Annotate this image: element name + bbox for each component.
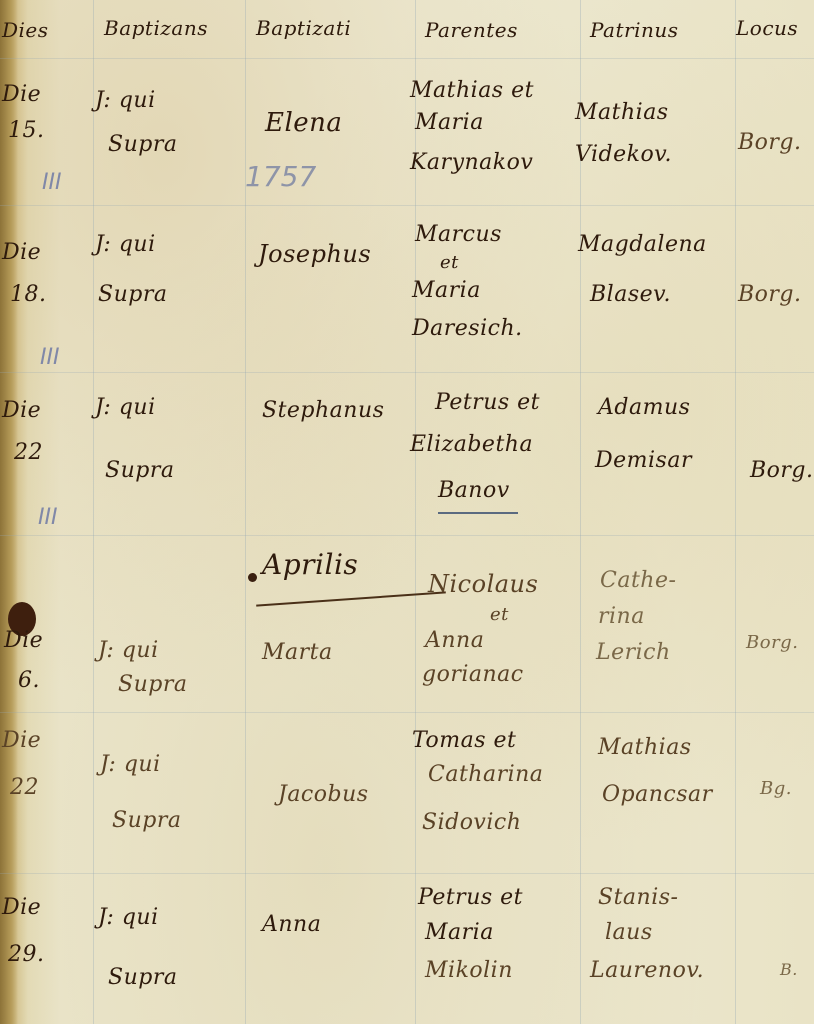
header-patrinus: Patrinus <box>590 18 679 42</box>
day-number: 6. <box>18 668 40 693</box>
grid-line <box>735 0 736 1024</box>
parentes-line: Catharina <box>428 762 543 787</box>
baptizatus-name: Jacobus <box>278 782 369 807</box>
pencil-year-annotation: 1757 <box>245 160 316 193</box>
header-locus: Locus <box>736 16 798 40</box>
grid-line <box>93 0 94 1024</box>
grid-line <box>0 372 814 373</box>
baptizatus-name: Marta <box>262 640 333 665</box>
parentes-line: Sidovich <box>422 810 521 835</box>
day-label: Die <box>2 82 41 107</box>
day-label: Die <box>2 728 41 753</box>
baptizans-line: Supra <box>118 672 187 697</box>
header-baptizans: Baptizans <box>104 16 208 40</box>
header-parentes: Parentes <box>425 18 518 42</box>
parentes-line: Mathias et <box>410 78 534 103</box>
day-number: 15. <box>8 118 45 143</box>
parentes-line: Mikolin <box>425 958 513 983</box>
parentes-line: et <box>490 604 509 625</box>
margin-pencil-mark: III <box>42 170 61 195</box>
parentes-line: Marcus <box>415 222 502 247</box>
grid-line <box>0 535 814 536</box>
baptizans-line: J: qui <box>98 638 159 663</box>
baptizatus-name: Anna <box>262 912 321 937</box>
patrinus-line: Demisar <box>595 448 692 473</box>
locus-value: B. <box>780 960 798 979</box>
parentes-line: gorianac <box>422 662 524 687</box>
binding-edge <box>0 0 18 1024</box>
header-dies: Dies <box>2 18 49 42</box>
parentes-line: Maria <box>425 920 494 945</box>
parentes-line: Karynakov <box>410 150 533 175</box>
day-number: 22 <box>14 440 43 465</box>
parentes-line: Petrus et <box>435 390 540 415</box>
baptizatus-name: Stephanus <box>262 398 384 423</box>
name-underline <box>438 512 518 514</box>
register-page: Dies Baptizans Baptizati Parentes Patrin… <box>0 0 814 1024</box>
grid-line <box>0 712 814 713</box>
baptizans-line: J: qui <box>95 88 156 113</box>
locus-value: Borg. <box>746 632 798 653</box>
parentes-line: Maria <box>415 110 484 135</box>
day-label: Die <box>2 895 41 920</box>
month-heading: Aprilis <box>262 548 358 581</box>
baptizans-line: J: qui <box>95 232 156 257</box>
patrinus-line: Adamus <box>598 395 690 420</box>
day-label: Die <box>2 240 41 265</box>
locus-value: Borg. <box>738 130 802 155</box>
patrinus-line: Videkov. <box>575 142 672 167</box>
patrinus-line: Lerich <box>596 640 671 665</box>
day-label: Die <box>2 398 41 423</box>
patrinus-line: Laurenov. <box>590 958 704 983</box>
grid-line <box>0 873 814 874</box>
parentes-line: et <box>440 252 459 273</box>
parentes-line: Elizabetha <box>410 432 533 457</box>
parentes-line: Daresich. <box>412 316 523 341</box>
header-baptizati: Baptizati <box>256 16 351 40</box>
baptizans-line: Supra <box>112 808 181 833</box>
locus-value: Bg. <box>760 778 792 799</box>
parentes-line: Anna <box>425 628 484 653</box>
month-heading-underline <box>256 591 446 606</box>
baptizans-line: J: qui <box>100 752 161 777</box>
margin-pencil-mark: III <box>38 505 57 530</box>
patrinus-line: rina <box>598 604 645 629</box>
patrinus-line: Stanis- <box>598 885 678 910</box>
patrinus-line: Cathe- <box>600 568 676 593</box>
ink-blot <box>248 573 257 582</box>
baptizatus-name: Elena <box>265 108 342 138</box>
patrinus-line: Mathias <box>598 735 692 760</box>
patrinus-line: laus <box>605 920 653 945</box>
patrinus-line: Magdalena <box>578 232 707 257</box>
parentes-line: Maria <box>412 278 481 303</box>
grid-line <box>245 0 246 1024</box>
parentes-line: Tomas et <box>412 728 516 753</box>
baptizans-line: Supra <box>98 282 167 307</box>
day-label: Die <box>4 628 43 653</box>
patrinus-line: Blasev. <box>590 282 671 307</box>
baptizans-line: Supra <box>105 458 174 483</box>
parentes-line: Banov <box>438 478 510 503</box>
locus-value: Borg. <box>750 458 814 483</box>
baptizatus-name: Josephus <box>258 240 371 268</box>
patrinus-line: Mathias <box>575 100 669 125</box>
patrinus-line: Opancsar <box>602 782 713 807</box>
parentes-line: Nicolaus <box>428 570 538 598</box>
grid-line <box>0 58 814 59</box>
day-number: 22 <box>10 775 39 800</box>
day-number: 18. <box>10 282 47 307</box>
baptizans-line: J: qui <box>98 905 159 930</box>
day-number: 29. <box>8 942 45 967</box>
parentes-line: Petrus et <box>418 885 523 910</box>
grid-line <box>0 205 814 206</box>
baptizans-line: Supra <box>108 965 177 990</box>
locus-value: Borg. <box>738 282 802 307</box>
baptizans-line: Supra <box>108 132 177 157</box>
margin-pencil-mark: III <box>40 345 59 370</box>
baptizans-line: J: qui <box>95 395 156 420</box>
